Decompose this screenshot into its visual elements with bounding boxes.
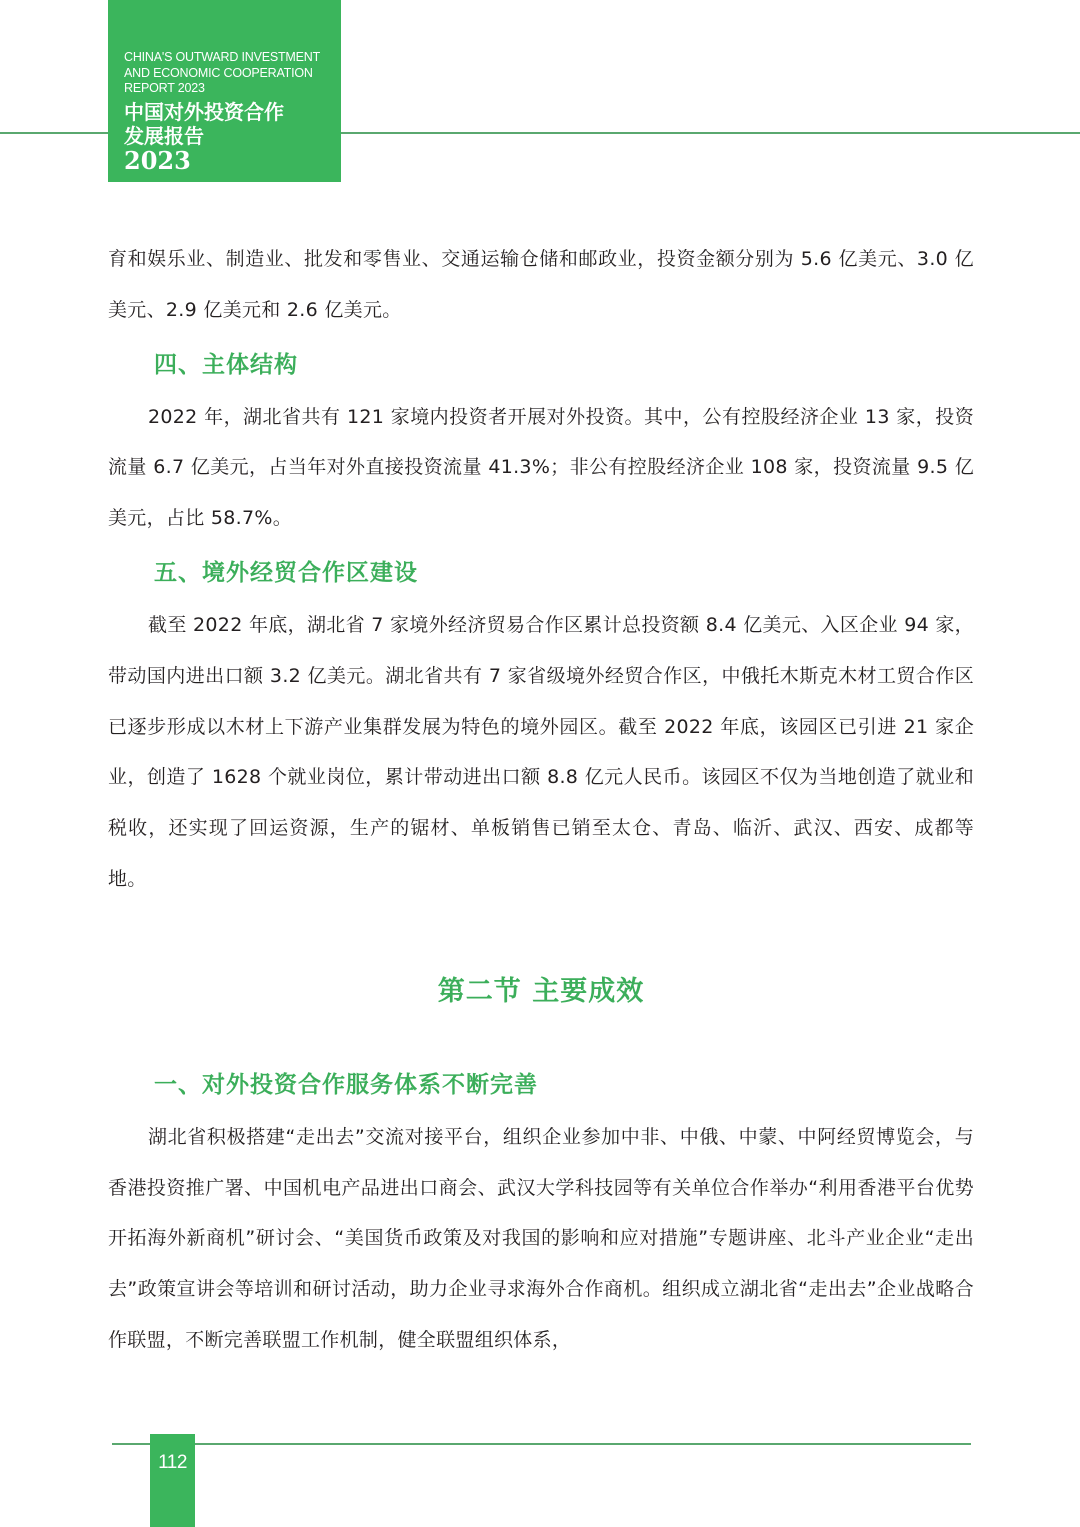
report-title-badge: China's Outward Investment and Economic … [108,0,341,182]
paragraph-entity-structure: 2022 年，湖北省共有 121 家境内投资者开展对外投资。其中，公有控股经济企… [108,392,974,544]
report-title-chinese: 中国对外投资合作 发展报告 [124,100,341,148]
heading-cooperation-zones: 五、境外经贸合作区建设 [108,546,974,600]
continued-paragraph: 育和娱乐业、制造业、批发和零售业、交通运输仓储和邮政业，投资金额分别为 5.6 … [108,234,974,336]
page-content: 育和娱乐业、制造业、批发和零售业、交通运输仓储和邮政业，投资金额分别为 5.6 … [108,234,974,1366]
paragraph-cooperation-zones: 截至 2022 年底，湖北省 7 家境外经济贸易合作区累计总投资额 8.4 亿美… [108,600,974,905]
title-en-line-3: Report 2023 [124,81,341,97]
footer-rule [112,1443,971,1445]
report-title-english: China's Outward Investment and Economic … [124,50,341,97]
paragraph-service-system: 湖北省积极搭建“走出去”交流对接平台，组织企业参加中非、中俄、中蒙、中阿经贸博览… [108,1112,974,1366]
title-en-line-1: China's Outward Investment [124,50,341,66]
heading-service-system: 一、对外投资合作服务体系不断完善 [108,1058,974,1112]
title-en-line-2: and Economic Cooperation [124,66,341,82]
heading-entity-structure: 四、主体结构 [108,338,974,392]
report-year: 2023 [124,148,341,174]
section-title-main-results: 第二节 主要成效 [108,969,974,1008]
title-cn-line-2: 发展报告 [124,124,341,148]
title-cn-line-1: 中国对外投资合作 [124,100,341,124]
page-number: 112 [150,1434,195,1527]
